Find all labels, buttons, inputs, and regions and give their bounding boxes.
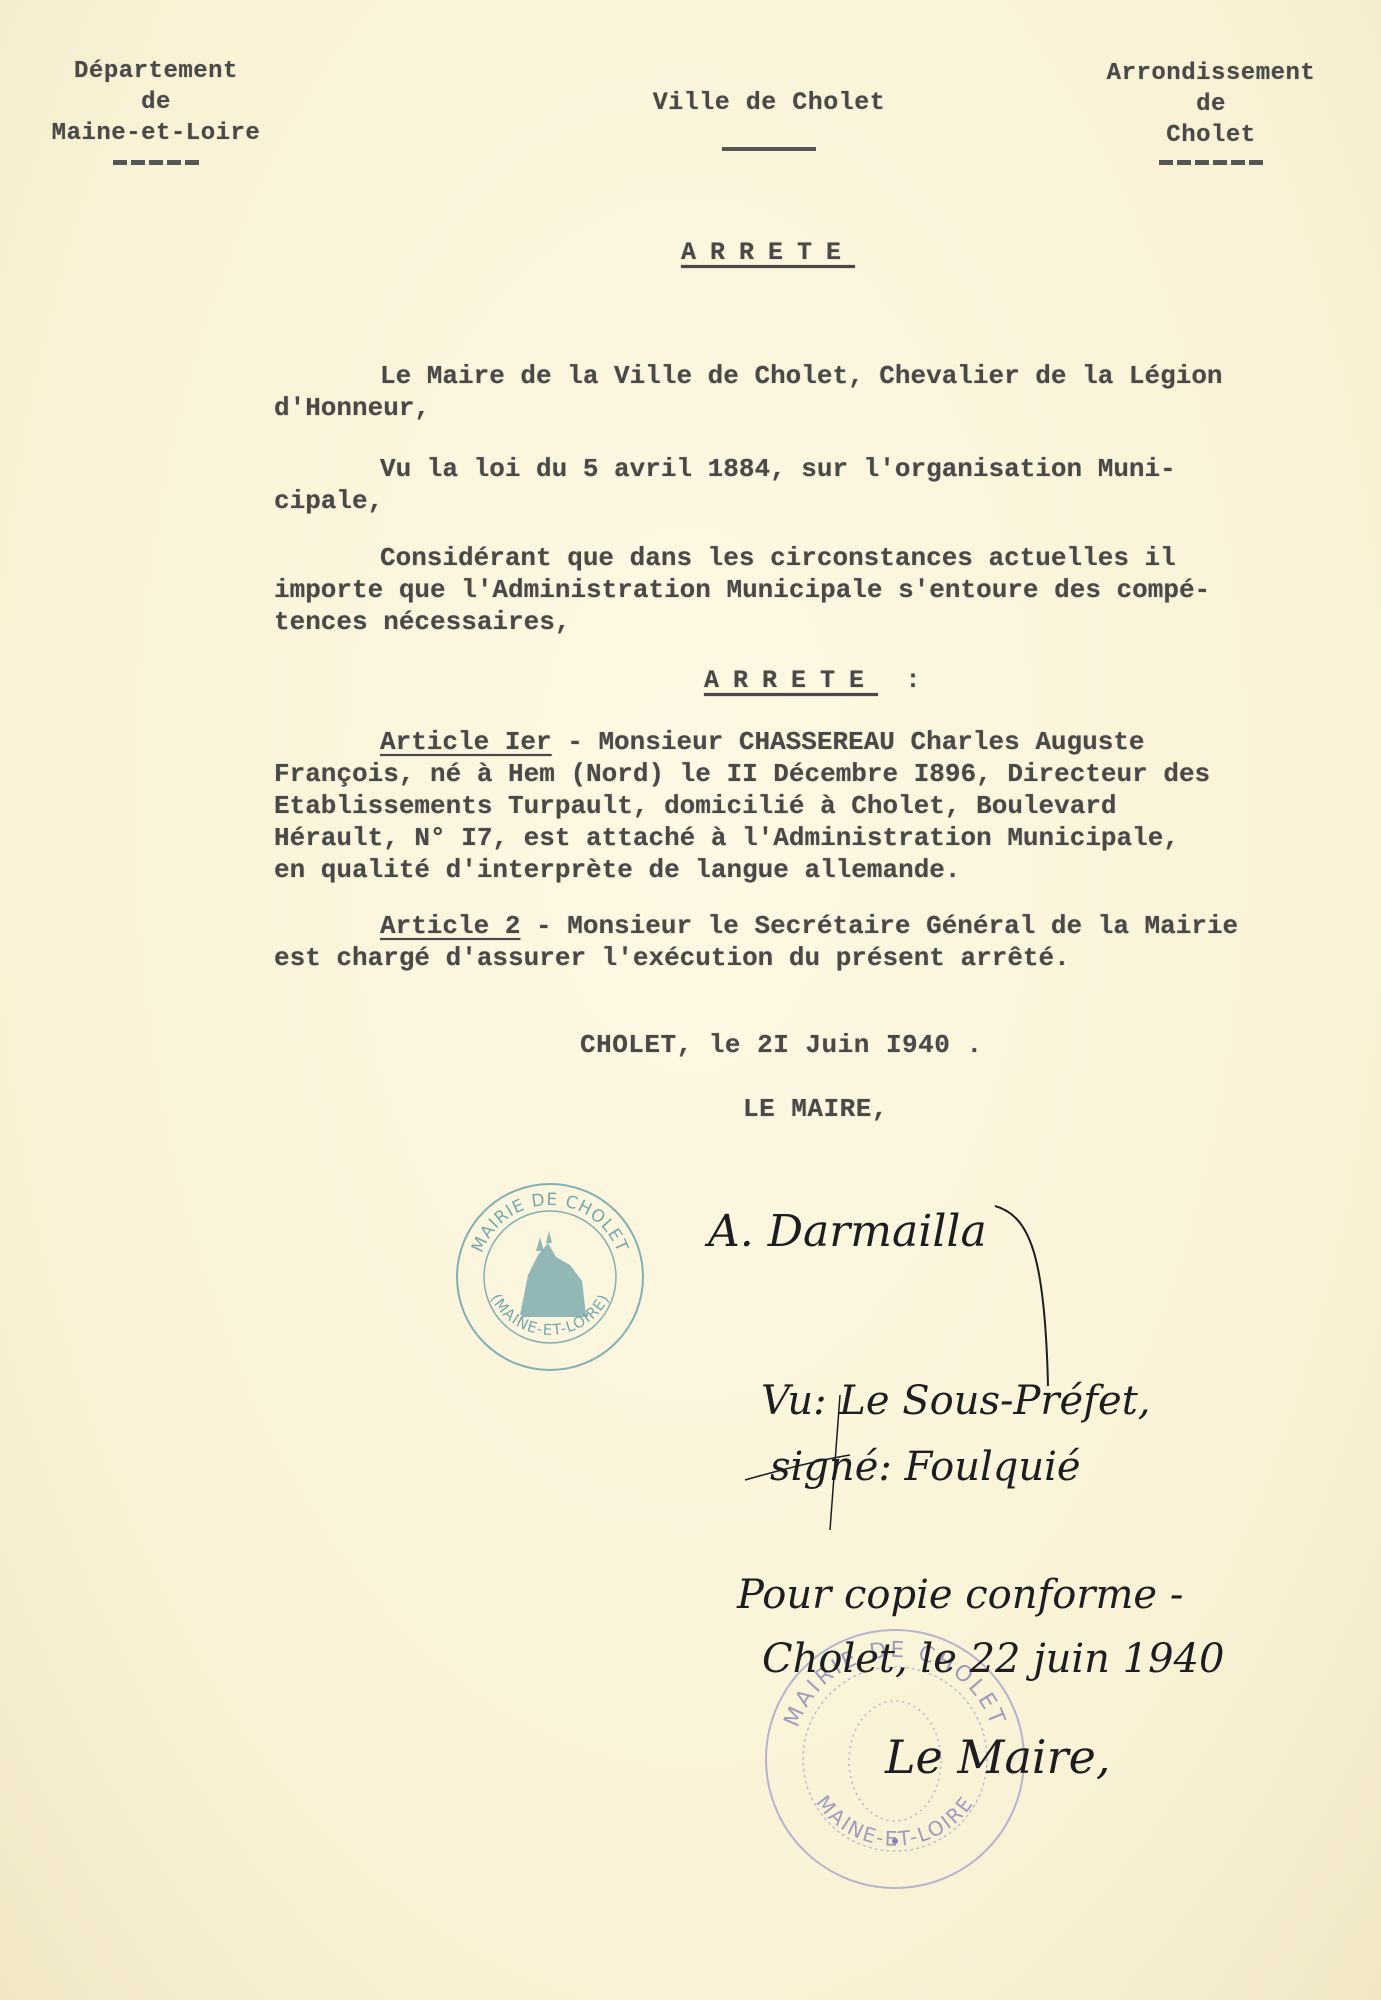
text-line: importe que l'Administration Municipale … bbox=[274, 574, 1374, 606]
preamble-vu: Vu la loi du 5 avril 1884, sur l'organis… bbox=[274, 453, 1374, 517]
header-center-rule bbox=[722, 147, 816, 151]
preamble-mayor: Le Maire de la Ville de Cholet, Chevalie… bbox=[274, 360, 1374, 424]
header-arrondissement: Arrondissement de Cholet bbox=[1107, 58, 1316, 151]
header-right-line: Arrondissement bbox=[1107, 58, 1316, 89]
decision-heading-colon: : bbox=[906, 666, 922, 695]
text-line: en qualité d'interprète de langue allema… bbox=[274, 854, 1374, 886]
decision-heading-text: ARRETE bbox=[704, 666, 878, 695]
text-line: Etablissements Turpault, domicilié à Cho… bbox=[274, 790, 1374, 822]
certification-line-3: Le Maire, bbox=[885, 1730, 1110, 1784]
text-line: tences nécessaires, bbox=[274, 606, 1374, 638]
text-line: Le Maire de la Ville de Cholet, Chevalie… bbox=[274, 360, 1374, 392]
text-line: François, né à Hem (Nord) le II Décembre… bbox=[274, 758, 1374, 790]
text-line: d'Honneur, bbox=[274, 392, 1374, 424]
header-right-divider bbox=[1159, 160, 1263, 165]
header-city: Ville de Cholet bbox=[653, 88, 886, 117]
article-label: Article Ier bbox=[380, 727, 552, 757]
text-line: Hérault, N° I7, est attaché à l'Administ… bbox=[274, 822, 1374, 854]
certification-line-2: Cholet, le 22 juin 1940 bbox=[762, 1636, 1224, 1682]
place-date: CHOLET, le 2I Juin I940 . bbox=[580, 1030, 983, 1060]
header-left-divider bbox=[113, 160, 199, 165]
article-1: Article Ier - Monsieur CHASSEREAU Charle… bbox=[274, 726, 1374, 886]
header-left-line: Département bbox=[52, 56, 261, 87]
text-line: Article Ier - Monsieur CHASSEREAU Charle… bbox=[274, 726, 1374, 758]
visa-stroke-icon bbox=[740, 1390, 860, 1550]
article-2: Article 2 - Monsieur le Secrétaire Génér… bbox=[274, 910, 1374, 974]
signature-flourish-icon bbox=[990, 1196, 1070, 1396]
article-text: - Monsieur le Secrétaire Général de la M… bbox=[520, 911, 1238, 941]
text-line: Considérant que dans les circonstances a… bbox=[274, 542, 1374, 574]
header-right-line: Cholet bbox=[1107, 120, 1316, 151]
text-line: Article 2 - Monsieur le Secrétaire Génér… bbox=[274, 910, 1374, 942]
document-title: ARRETE bbox=[681, 238, 855, 267]
signatory-title: LE MAIRE, bbox=[743, 1094, 888, 1124]
preamble-considerant: Considérant que dans les circonstances a… bbox=[274, 542, 1374, 638]
text-line: cipale, bbox=[274, 485, 1374, 517]
document-page: Département de Maine-et-Loire Ville de C… bbox=[0, 0, 1381, 2000]
header-right-line: de bbox=[1107, 89, 1316, 120]
article-label: Article 2 bbox=[380, 911, 520, 941]
header-department: Département de Maine-et-Loire bbox=[52, 56, 261, 149]
mayor-signature: A. Darmailla bbox=[708, 1206, 987, 1257]
stamp-seal-icon: MAIRIE DE CHOLET (MAINE-ET-LOIRE) bbox=[458, 1185, 642, 1369]
text-line: est chargé d'assurer l'exécution du prés… bbox=[274, 942, 1374, 974]
article-text: - Monsieur CHASSEREAU Charles Auguste bbox=[552, 727, 1145, 757]
mairie-stamp-teal: MAIRIE DE CHOLET (MAINE-ET-LOIRE) bbox=[456, 1183, 644, 1371]
certification-line-1: Pour copie conforme - bbox=[737, 1572, 1183, 1618]
text-line: Vu la loi du 5 avril 1884, sur l'organis… bbox=[274, 453, 1374, 485]
header-left-line: Maine-et-Loire bbox=[52, 118, 261, 149]
header-left-line: de bbox=[52, 87, 261, 118]
decision-heading: ARRETE : bbox=[704, 666, 921, 695]
